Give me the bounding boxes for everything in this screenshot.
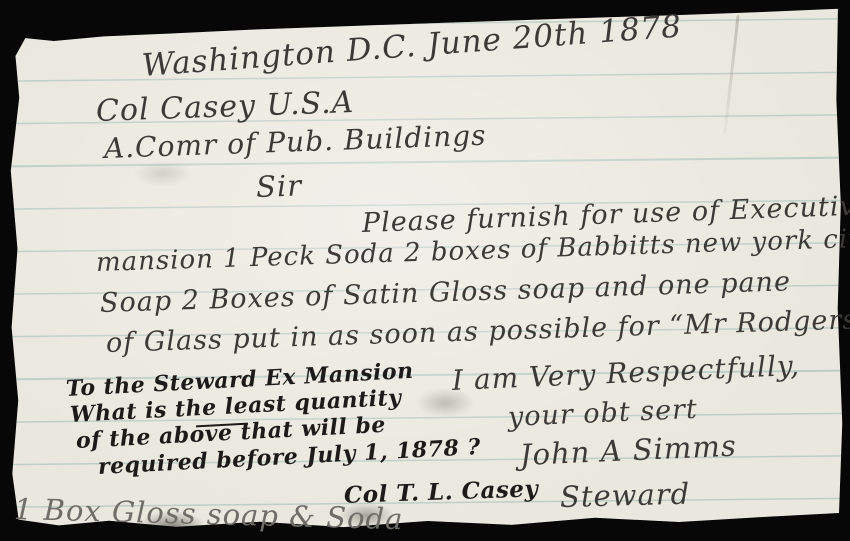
ink-smudge xyxy=(133,160,193,187)
signer-title: Steward xyxy=(560,477,691,514)
scanned-letter: Washington D.C. June 20th 1878 Col Casey… xyxy=(0,0,850,541)
paper-crease xyxy=(723,15,739,135)
salutation: Sir xyxy=(255,168,302,204)
